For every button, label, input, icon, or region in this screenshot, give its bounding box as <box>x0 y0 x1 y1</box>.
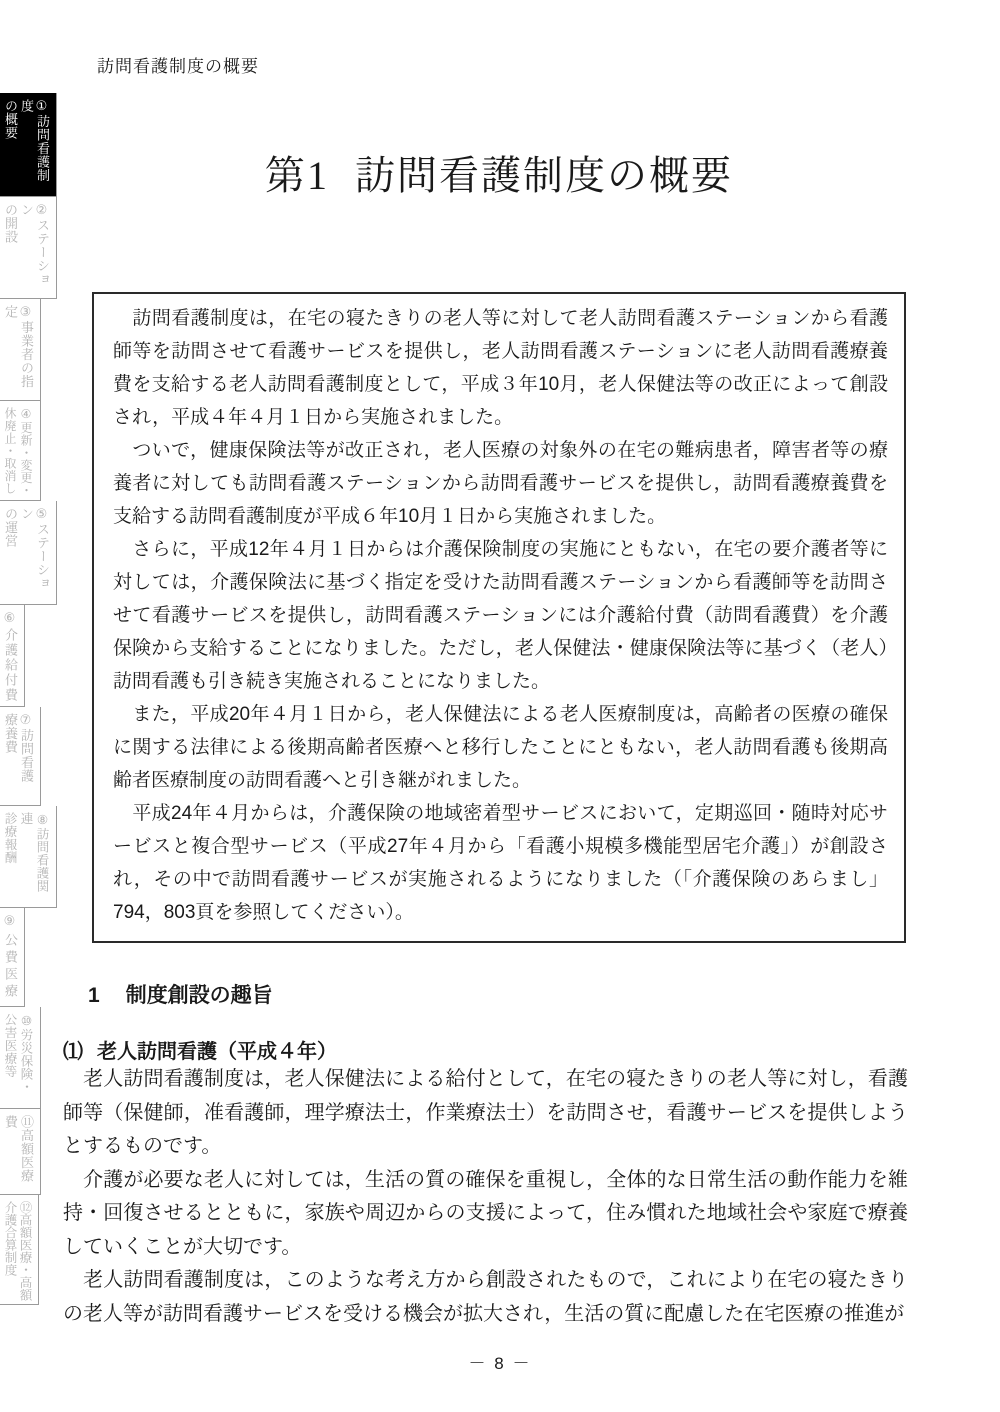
sidebar-tab-label: ⑤ステーション <box>18 507 50 601</box>
section-heading: 1制度創設の趣旨 <box>88 979 273 1009</box>
chapter-title-text: 訪問看護制度の概要 <box>355 153 733 198</box>
sidebar-tab-label: ⑪高額医療費 <box>2 1115 34 1191</box>
summary-paragraph: 平成24年４月からは，介護保険の地域密着型サービスにおいて，定期巡回・随時対応サ… <box>113 797 888 929</box>
summary-box: 訪問看護制度は，在宅の寝たきりの老人等に対して老人訪問看護ステーションから看護師… <box>92 292 906 943</box>
sidebar-tab-label: の運営 <box>2 507 18 601</box>
summary-paragraph: ついで，健康保険法等が改正され，老人医療の対象外の在宅の難病患者，障害者等の療養… <box>113 434 888 533</box>
sidebar-tab-label: ⑥介護給付費 <box>2 611 18 703</box>
sidebar-tab-label: ①訪問看護制度 <box>18 99 50 193</box>
summary-paragraph: 訪問看護制度は，在宅の寝たきりの老人等に対して老人訪問看護ステーションから看護師… <box>113 302 888 434</box>
sidebar-tab-label: ⑧訪問看護関連 <box>18 812 50 904</box>
sidebar-tab-label: ⑩労災保険・ <box>18 1013 34 1105</box>
sidebar-tab-label: 公害医療等 <box>2 1013 18 1105</box>
sidebar-tab-label: の開設 <box>2 203 18 295</box>
body-paragraph: 老人訪問看護制度は，このような考え方から創設されたもので，これにより在宅の寝たき… <box>63 1264 908 1331</box>
subsection-number: ⑴ <box>63 1041 83 1063</box>
section-heading-text: 制度創設の趣旨 <box>126 984 273 1007</box>
sidebar-tab-9: ⑨公費医療 <box>0 908 25 1007</box>
chapter-number: 第1 <box>265 153 329 198</box>
sidebar-tab-8: ⑧訪問看護関連診療報酬 <box>0 806 57 908</box>
sidebar-tab-7: ⑦訪問看護療養費 <box>0 707 41 806</box>
subsection-heading: ⑴老人訪問看護（平成４年） <box>63 1035 337 1064</box>
body-paragraph: 介護が必要な老人に対しては，生活の質の確保を重視し，全体的な日常生活の動作能力を… <box>63 1164 908 1265</box>
subsection-heading-text: 老人訪問看護（平成４年） <box>97 1041 337 1063</box>
chapter-title: 第1訪問看護制度の概要 <box>92 144 906 201</box>
sidebar-tab-3: ③事業者の指定 <box>0 299 41 401</box>
summary-paragraph: さらに，平成12年４月１日からは介護保険制度の実施にともない，在宅の要介護者等に… <box>113 533 888 698</box>
sidebar-tab-label: ⑦訪問看護 <box>18 713 34 802</box>
sidebar-tab-label: ②ステーション <box>18 203 50 295</box>
running-head: 訪問看護制度の概要 <box>97 52 259 77</box>
sidebar-tab-12: ⑫高額医療・高額介護合算制度 <box>0 1195 39 1305</box>
sidebar-tab-4: ④更新・変更・休廃止・取消し <box>0 401 41 501</box>
sidebar-tab-2: ②ステーションの開設 <box>0 197 57 299</box>
sidebar-tab-5: ⑤ステーションの運営 <box>0 501 57 605</box>
document-page: { "page": { "header_label": "訪問看護制度の概要",… <box>0 0 1000 1412</box>
sidebar-tab-label: ⑫高額医療・高額 <box>17 1201 32 1301</box>
section-number: 1 <box>88 984 100 1007</box>
sidebar-tab-label: 介護合算制度 <box>2 1201 17 1301</box>
sidebar-tab-label: ⑨公費医療 <box>2 914 18 1003</box>
sidebar-tab-label: ④更新・変更・ <box>18 407 34 497</box>
sidebar-tab-6: ⑥介護給付費 <box>0 605 25 707</box>
sidebar-tab-label: 診療報酬 <box>2 812 18 904</box>
summary-paragraph: また，平成20年４月１日から，老人保健法による老人医療制度は，高齢者の医療の確保… <box>113 698 888 797</box>
sidebar-tab-index: ①訪問看護制度の概要②ステーションの開設③事業者の指定④更新・変更・休廃止・取消… <box>0 93 61 1305</box>
sidebar-tab-1: ①訪問看護制度の概要 <box>0 93 57 197</box>
sidebar-tab-label: 休廃止・取消し <box>2 407 18 497</box>
body-paragraph: 老人訪問看護制度は，老人保健法による給付として，在宅の寝たきりの老人等に対し，看… <box>63 1063 908 1164</box>
sidebar-tab-label: の概要 <box>2 99 18 193</box>
sidebar-tab-11: ⑪高額医療費 <box>0 1109 41 1195</box>
sidebar-tab-label: ③事業者の指定 <box>2 305 34 397</box>
sidebar-tab-label: 療養費 <box>2 713 18 802</box>
page-number: － 8 － <box>0 1349 1000 1374</box>
body-text: 老人訪問看護制度は，老人保健法による給付として，在宅の寝たきりの老人等に対し，看… <box>63 1063 908 1335</box>
sidebar-tab-10: ⑩労災保険・公害医療等 <box>0 1007 41 1109</box>
